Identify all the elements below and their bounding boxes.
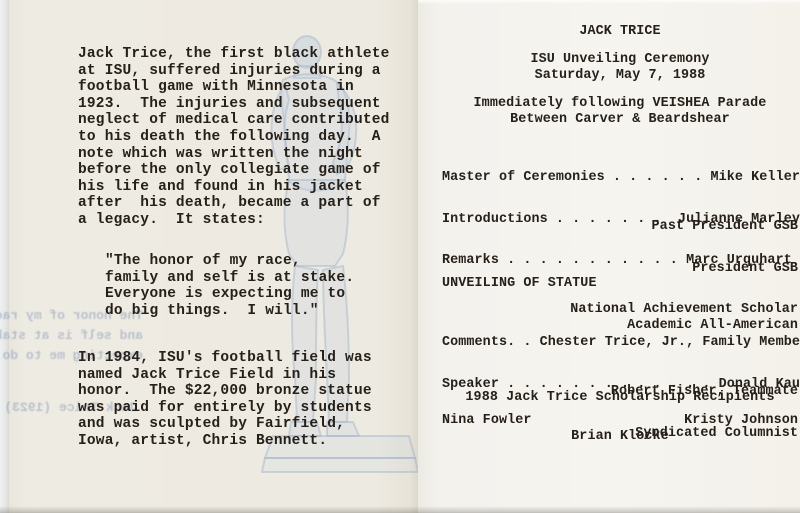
program-entry: Speaker . . . . . . . . . . . . . Donald… [442,345,798,475]
scanned-program-spread: The honor of my race, family and self is… [0,0,800,513]
program-entry-main: Remarks . . . . . . . . . . . Marc Urquh… [442,253,798,269]
recipients-row: Nina Fowler Kristy Johnson [442,413,798,429]
recipient-name: Kristy Johnson [684,413,798,429]
right-page: JACK TRICE ISU Unveiling Ceremony Saturd… [418,0,800,513]
scan-top-edge [418,0,800,4]
closing-paragraph: In 1984, ISU's football field was named … [78,350,372,450]
scan-bottom-edge [0,506,800,513]
recipient-name: Nina Fowler [442,413,532,429]
event-details: Immediately following VEISHEA Parade Bet… [442,96,798,128]
recipient-name: Brian Klocke [442,429,798,445]
bio-paragraph: Jack Trice, the first black athlete at I… [78,46,390,229]
recipients-heading: 1988 Jack Trice Scholarship Recipients [442,390,798,406]
trice-quote: "The honor of my race, family and self i… [105,253,354,319]
left-page: The honor of my race, family and self is… [9,0,418,513]
scan-left-edge [0,0,9,513]
section-heading: UNVEILING OF STATUE [442,276,798,292]
program-title: JACK TRICE [442,24,798,40]
ceremony-subtitle: ISU Unveiling Ceremony Saturday, May 7, … [442,52,798,84]
